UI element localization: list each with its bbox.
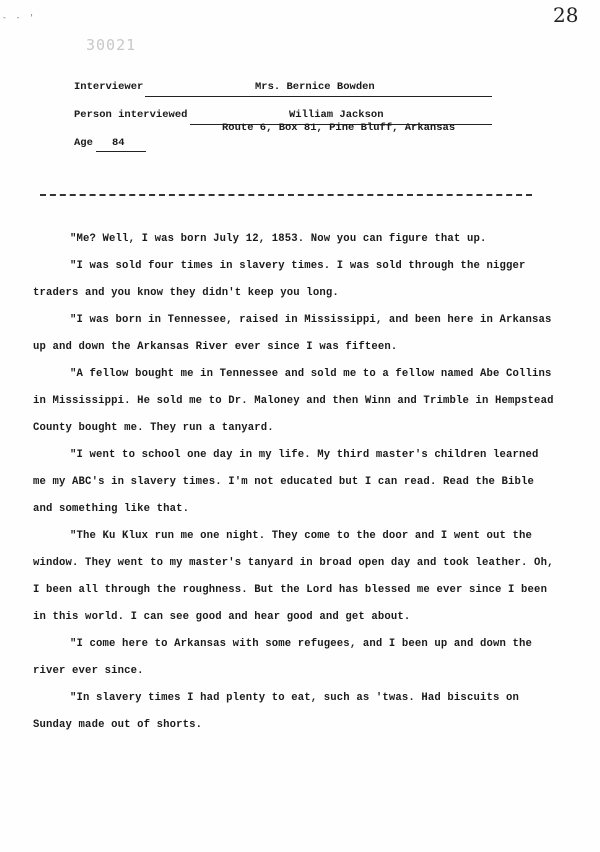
interviewer-label: Interviewer — [74, 81, 143, 93]
paragraph: "I went to school one day in my life. My… — [33, 442, 558, 523]
paragraph: "I come here to Arkansas with some refug… — [33, 631, 558, 685]
interviewer-underline — [145, 96, 492, 97]
page-number: 28 — [553, 3, 578, 27]
interview-body: "Me? Well, I was born July 12, 1853. Now… — [33, 226, 558, 739]
document-page: - - ' 28 30021 Interviewer Mrs. Bernice … — [0, 0, 600, 852]
person-interviewed-value: William Jackson — [289, 109, 384, 121]
section-divider — [40, 194, 532, 196]
paragraph: "In slavery times I had plenty to eat, s… — [33, 685, 558, 739]
age-underline — [96, 151, 146, 152]
interviewer-value: Mrs. Bernice Bowden — [255, 81, 375, 93]
address: Route 6, Box 81, Pine Bluff, Arkansas — [222, 122, 455, 134]
paragraph: "The Ku Klux run me one night. They come… — [33, 523, 558, 631]
age-value: 84 — [112, 137, 125, 149]
person-interviewed-label: Person interviewed — [74, 109, 187, 121]
paragraph: "A fellow bought me in Tennessee and sol… — [33, 361, 558, 442]
stray-marks: - - ' — [2, 14, 36, 23]
age-label: Age — [74, 137, 93, 149]
paragraph: "Me? Well, I was born July 12, 1853. Now… — [33, 226, 558, 253]
archive-stamp-number: 30021 — [86, 36, 136, 54]
paragraph: "I was sold four times in slavery times.… — [33, 253, 558, 307]
paragraph: "I was born in Tennessee, raised in Miss… — [33, 307, 558, 361]
